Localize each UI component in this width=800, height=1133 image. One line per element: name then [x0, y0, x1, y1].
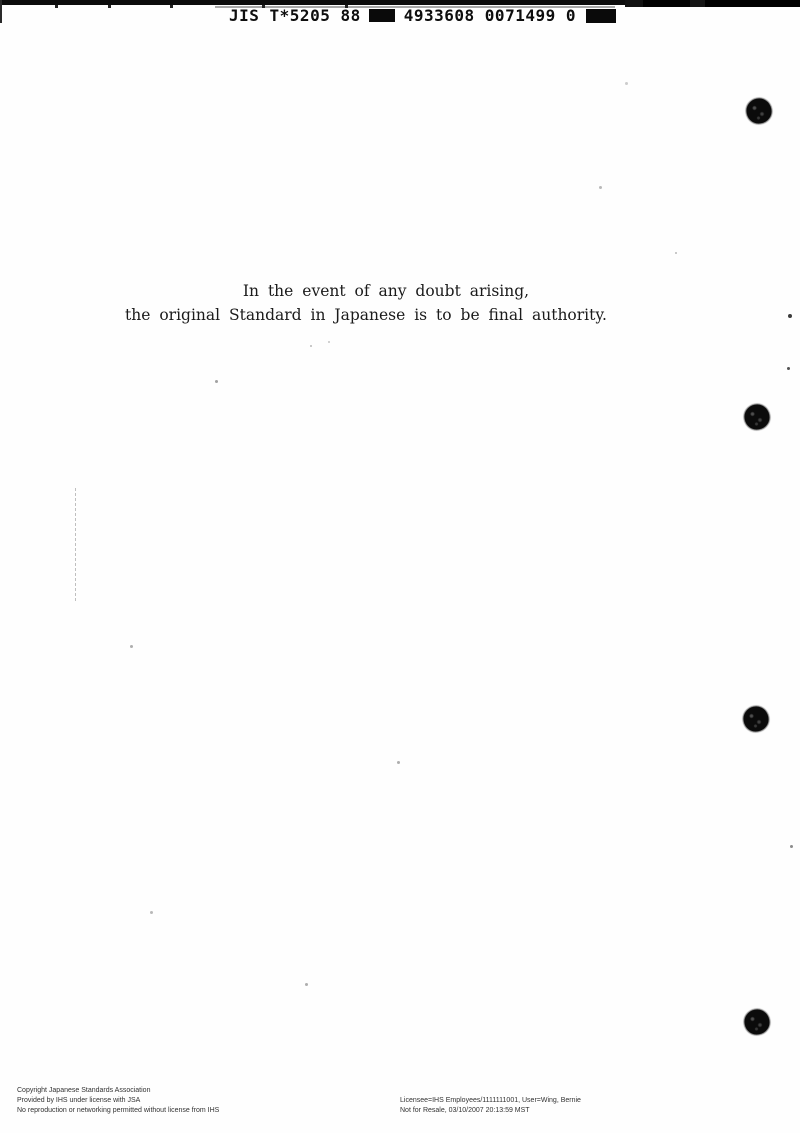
scan-speck [790, 845, 793, 848]
scan-speck [328, 341, 330, 343]
scanned-document-page: JIS T*5205 88 4933608 0071499 0 In the e… [0, 0, 800, 1133]
punch-hole-dot [744, 707, 769, 732]
scan-left-edge-mark [0, 0, 2, 23]
scan-speck [215, 380, 218, 383]
scan-speck [787, 367, 790, 370]
scan-speck [675, 252, 677, 254]
scan-speck [788, 314, 792, 318]
resale-line: Not for Resale, 03/10/2007 20:13:59 MST [400, 1106, 581, 1116]
scan-speck [150, 911, 153, 914]
punch-hole-dot [747, 99, 772, 124]
copyright-footer: Copyright Japanese Standards Association… [17, 1086, 219, 1116]
scan-speck [397, 761, 400, 764]
document-header-code: JIS T*5205 88 4933608 0071499 0 [229, 7, 616, 24]
punch-hole-dot [745, 405, 770, 430]
copyright-line-1: Copyright Japanese Standards Association [17, 1086, 219, 1096]
scan-edge-tick [345, 5, 348, 8]
scan-edge-tick [108, 5, 111, 8]
scan-speck [310, 345, 312, 347]
punch-hole-dot [745, 1010, 770, 1035]
scan-edge-tick [170, 5, 173, 8]
scan-speck [130, 645, 133, 648]
scan-speck [625, 82, 628, 85]
scan-speck [599, 186, 602, 189]
scan-top-edge-bar [0, 0, 800, 5]
license-footer: Licensee=IHS Employees/1111111001, User=… [400, 1096, 581, 1116]
scan-edge-tick [262, 5, 265, 8]
copyright-line-2: Provided by IHS under license with JSA [17, 1096, 219, 1106]
solid-block-icon [586, 9, 616, 23]
notice-line-1: In the event of any doubt arising, [243, 282, 529, 300]
solid-block-icon [369, 9, 395, 22]
licensee-line: Licensee=IHS Employees/1111111001, User=… [400, 1096, 581, 1106]
notice-line-2: the original Standard in Japanese is to … [125, 306, 607, 324]
scan-dashed-artifact [75, 488, 76, 601]
header-code-left: JIS T*5205 88 [229, 7, 361, 24]
scan-edge-tick [55, 5, 58, 8]
header-code-right: 4933608 0071499 0 [404, 7, 576, 24]
scan-speck [305, 983, 308, 986]
copyright-line-3: No reproduction or networking permitted … [17, 1106, 219, 1116]
